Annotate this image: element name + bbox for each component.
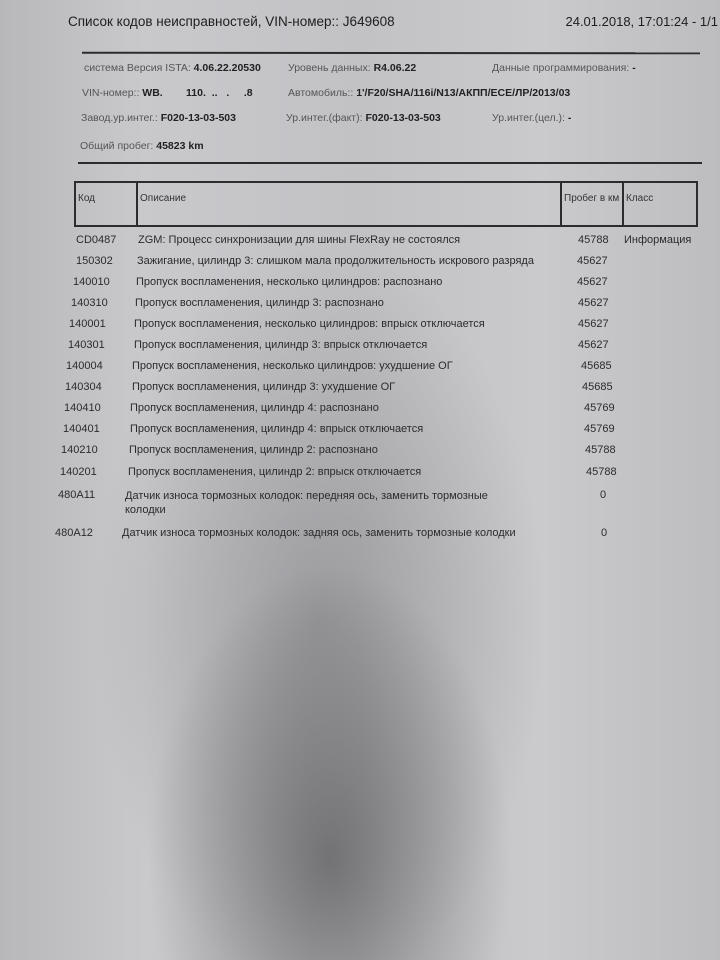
fault-code: 140010 bbox=[73, 276, 110, 288]
fault-description: ZGM: Процесс синхронизации для шины Flex… bbox=[138, 234, 460, 246]
fault-mileage: 45769 bbox=[584, 402, 615, 414]
fault-table-header: Код Описание Пробег в км Класс bbox=[74, 181, 698, 227]
programming-data-value: - bbox=[632, 62, 636, 74]
vehicle: Автомобиль:: 1'/F20/SHA/116i/N13/АКПП/EC… bbox=[288, 87, 570, 99]
factory-ilevel-label: Завод.ур.интег.: bbox=[81, 112, 158, 124]
vin: VIN-номер:: WB. 110. .. . .8 bbox=[82, 87, 253, 99]
fault-code: 140304 bbox=[65, 381, 102, 393]
fault-code: 480A11 bbox=[58, 489, 95, 501]
data-level: Уровень данных: R4.06.22 bbox=[288, 62, 416, 74]
fault-mileage: 45627 bbox=[577, 255, 608, 267]
fault-code: 140301 bbox=[68, 339, 105, 351]
header-class: Класс bbox=[622, 183, 698, 225]
fault-mileage: 45627 bbox=[578, 318, 609, 330]
vehicle-label: Автомобиль:: bbox=[288, 87, 353, 99]
fault-mileage: 45788 bbox=[585, 444, 616, 456]
vehicle-value: 1'/F20/SHA/116i/N13/АКПП/ECE/ЛР/2013/03 bbox=[356, 87, 570, 99]
fault-description: Датчик износа тормозных колодок: передня… bbox=[125, 489, 505, 517]
fault-code: 140401 bbox=[63, 423, 100, 435]
fault-description: Пропуск воспламенения, несколько цилиндр… bbox=[134, 318, 485, 330]
fault-description: Датчик износа тормозных колодок: задняя … bbox=[122, 527, 516, 539]
total-mileage: Общий пробег: 45823 km bbox=[80, 140, 204, 152]
fault-description: Пропуск воспламенения, несколько цилиндр… bbox=[132, 360, 453, 372]
fault-description: Пропуск воспламенения, цилиндр 4: распоз… bbox=[130, 402, 379, 414]
target-ilevel-value: - bbox=[568, 112, 572, 124]
fault-class: Информация bbox=[624, 234, 691, 246]
fault-mileage: 45627 bbox=[577, 276, 608, 288]
total-mileage-value: 45823 km bbox=[156, 140, 203, 152]
fault-code: 480A12 bbox=[55, 527, 93, 539]
fault-description: Пропуск воспламенения, цилиндр 2: распоз… bbox=[129, 444, 378, 456]
fault-mileage: 45788 bbox=[586, 466, 617, 478]
fault-description: Пропуск воспламенения, цилиндр 3: распоз… bbox=[135, 297, 384, 309]
document-title: Список кодов неисправностей, VIN-номер::… bbox=[68, 14, 395, 29]
fault-code: 140310 bbox=[71, 297, 108, 309]
fault-mileage: 45627 bbox=[578, 339, 609, 351]
fault-code: 140410 bbox=[64, 402, 101, 414]
fault-mileage: 45627 bbox=[578, 297, 609, 309]
fault-mileage: 45685 bbox=[581, 360, 612, 372]
target-ilevel-label: Ур.интег.(цел.): bbox=[492, 112, 565, 124]
fault-code: 140004 bbox=[66, 360, 103, 372]
header-code: Код bbox=[76, 183, 138, 225]
programming-data: Данные программирования: - bbox=[492, 62, 636, 74]
ista-version-value: 4.06.22.20530 bbox=[194, 62, 261, 74]
header-description: Описание bbox=[136, 183, 562, 225]
data-level-value: R4.06.22 bbox=[374, 62, 417, 74]
info-divider bbox=[78, 162, 702, 164]
target-ilevel: Ур.интег.(цел.): - bbox=[492, 112, 571, 124]
fault-description: Зажигание, цилиндр 3: слишком мала продо… bbox=[137, 255, 534, 267]
fault-code: 140201 bbox=[60, 466, 97, 478]
fault-description: Пропуск воспламенения, цилиндр 3: ухудше… bbox=[132, 381, 395, 393]
fault-mileage: 45788 bbox=[578, 234, 609, 246]
fault-code: 140210 bbox=[61, 444, 98, 456]
ista-version: система Версия ISTA: 4.06.22.20530 bbox=[84, 62, 261, 74]
actual-ilevel-value: F020-13-03-503 bbox=[365, 112, 440, 124]
factory-ilevel-value: F020-13-03-503 bbox=[161, 112, 236, 124]
actual-ilevel-label: Ур.интег.(факт): bbox=[286, 112, 363, 124]
factory-ilevel: Завод.ур.интег.: F020-13-03-503 bbox=[81, 112, 236, 124]
fault-description: Пропуск воспламенения, цилиндр 2: впрыск… bbox=[128, 466, 421, 478]
fault-description: Пропуск воспламенения, цилиндр 4: впрыск… bbox=[130, 423, 423, 435]
actual-ilevel: Ур.интег.(факт): F020-13-03-503 bbox=[286, 112, 441, 124]
timestamp-page: 24.01.2018, 17:01:24 - 1/1 bbox=[565, 14, 718, 29]
programming-data-label: Данные программирования: bbox=[492, 62, 629, 74]
fault-description: Пропуск воспламенения, цилиндр 3: впрыск… bbox=[134, 339, 427, 351]
fault-code: 150302 bbox=[76, 255, 113, 267]
header-divider bbox=[82, 52, 700, 55]
fault-description: Пропуск воспламенения, несколько цилиндр… bbox=[136, 276, 442, 288]
vin-value: WB. 110. .. . .8 bbox=[142, 87, 252, 99]
printed-page: Список кодов неисправностей, VIN-номер::… bbox=[0, 0, 720, 960]
fault-code: 140001 bbox=[69, 318, 106, 330]
total-mileage-label: Общий пробег: bbox=[80, 140, 153, 152]
fault-code: CD0487 bbox=[76, 234, 116, 246]
fault-mileage: 0 bbox=[601, 527, 607, 539]
ista-version-label: система Версия ISTA: bbox=[84, 62, 191, 74]
vin-label: VIN-номер:: bbox=[82, 87, 139, 99]
header-mileage: Пробег в км bbox=[560, 183, 624, 225]
fault-mileage: 45769 bbox=[584, 423, 615, 435]
fault-mileage: 45685 bbox=[582, 381, 613, 393]
data-level-label: Уровень данных: bbox=[288, 62, 371, 74]
fault-mileage: 0 bbox=[600, 489, 606, 501]
